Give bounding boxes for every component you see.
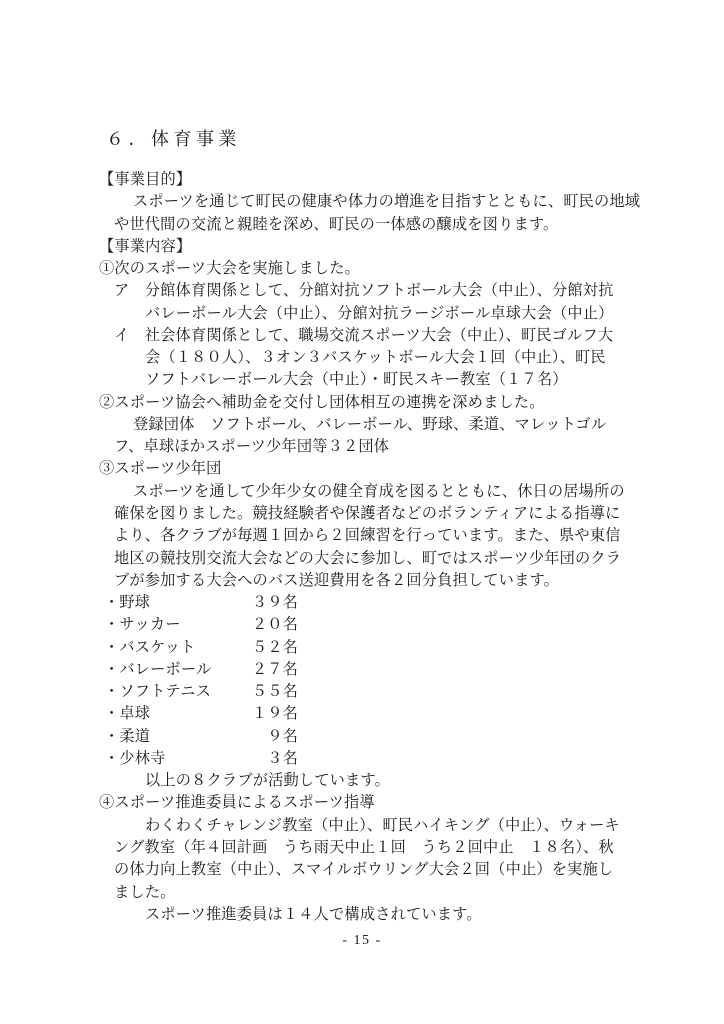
item1-sub-a-line: バレーボール大会（中止）、分館対抗ラージボール卓球大会（中止）: [0, 303, 724, 325]
item2-body-line: 登録団体 ソフトボール、バレーボール、野球、柔道、マレットゴル: [0, 414, 724, 436]
section-heading: ６．体育事業: [0, 0, 724, 152]
item1-sub-b-line: イ 社会体育関係として、職場交流スポーツ大会（中止）、町民ゴルフ大: [0, 325, 724, 347]
roster-count: ９名: [250, 726, 298, 748]
item2-lead: ②スポーツ協会へ補助金を交付し団体相互の連携を深めました。: [0, 392, 724, 414]
roster-count: ３名: [250, 748, 298, 770]
roster-name: ・柔道: [104, 726, 250, 748]
item1-sub-a-line: ア 分館体育関係として、分館対抗ソフトボール大会（中止）、分館対抗: [0, 280, 724, 302]
roster-count: ２７名: [250, 659, 298, 681]
roster-row: ・バレーボール ２７名: [0, 659, 724, 681]
roster-count: ２０名: [250, 614, 298, 636]
purpose-line: や世代間の交流と親睦を深め、町民の一体感の醸成を図ります。: [0, 214, 724, 236]
document-page: ６．体育事業 【事業目的】 スポーツを通じて町民の健康や体力の増進を目指すととも…: [0, 0, 724, 1024]
roster-name: ・バレーボール: [104, 659, 250, 681]
purpose-line: スポーツを通じて町民の健康や体力の増進を目指すとともに、町民の地域: [0, 191, 724, 213]
item1-sub-b-line: 会（１８０人）、３オン３バスケットボール大会１回（中止）、町民: [0, 347, 724, 369]
item3-closing: 以上の８クラブが活動しています。: [0, 770, 724, 792]
roster-name: ・ソフトテニス: [104, 681, 250, 703]
roster-name: ・野球: [104, 592, 250, 614]
item3-lead: ③スポーツ少年団: [0, 458, 724, 480]
item3-body-line: ブが参加する大会へのバス送迎費用を各２回分負担しています。: [0, 570, 724, 592]
item3-body-line: 確保を図りました。競技経験者や保護者などのボランティアによる指導に: [0, 503, 724, 525]
item2-body-line: フ、卓球ほかスポーツ少年団等３２団体: [0, 436, 724, 458]
roster-row: ・少林寺 ３名: [0, 748, 724, 770]
roster-count: １９名: [250, 703, 298, 725]
roster-row: ・柔道 ９名: [0, 726, 724, 748]
item3-body-line: より、各クラブが毎週１回から２回練習を行っています。また、県や東信: [0, 525, 724, 547]
item1-lead: ①次のスポーツ大会を実施しました。: [0, 258, 724, 280]
roster-count: ５２名: [250, 637, 298, 659]
item4-lead: ④スポーツ推進委員によるスポーツ指導: [0, 792, 724, 814]
page-number: - 15 -: [0, 931, 724, 951]
roster-count: ５５名: [250, 681, 298, 703]
roster-row: ・サッカー ２０名: [0, 614, 724, 636]
roster-row: ・バスケット ５２名: [0, 637, 724, 659]
item3-body-line: 地区の競技別交流大会などの大会に参加し、町ではスポーツ少年団のクラ: [0, 548, 724, 570]
roster-count: ３９名: [250, 592, 298, 614]
item4-body-line: ング教室（年４回計画 うち雨天中止１回 うち２回中止 １８名）、秋: [0, 837, 724, 859]
item4-body-line: わくわくチャレンジ教室（中止）、町民ハイキング（中止）、ウォーキ: [0, 815, 724, 837]
purpose-header: 【事業目的】: [0, 169, 724, 191]
roster-name: ・バスケット: [104, 637, 250, 659]
item4-body-line: ました。: [0, 882, 724, 904]
item3-body-line: スポーツを通して少年少女の健全育成を図るとともに、休日の居場所の: [0, 481, 724, 503]
roster-row: ・ソフトテニス ５５名: [0, 681, 724, 703]
roster-row: ・卓球 １９名: [0, 703, 724, 725]
roster-name: ・卓球: [104, 703, 250, 725]
roster-row: ・野球 ３９名: [0, 592, 724, 614]
document-body: 【事業目的】 スポーツを通じて町民の健康や体力の増進を目指すとともに、町民の地域…: [0, 169, 724, 926]
item4-note: スポーツ推進委員は１４人で構成されています。: [0, 904, 724, 926]
content-header: 【事業内容】: [0, 236, 724, 258]
item1-sub-b-line: ソフトバレーボール大会（中止）・町民スキー教室（１７名）: [0, 369, 724, 391]
item4-body-line: の体力向上教室（中止）、スマイルボウリング大会２回（中止）を実施し: [0, 859, 724, 881]
roster-name: ・少林寺: [104, 748, 250, 770]
roster-name: ・サッカー: [104, 614, 250, 636]
